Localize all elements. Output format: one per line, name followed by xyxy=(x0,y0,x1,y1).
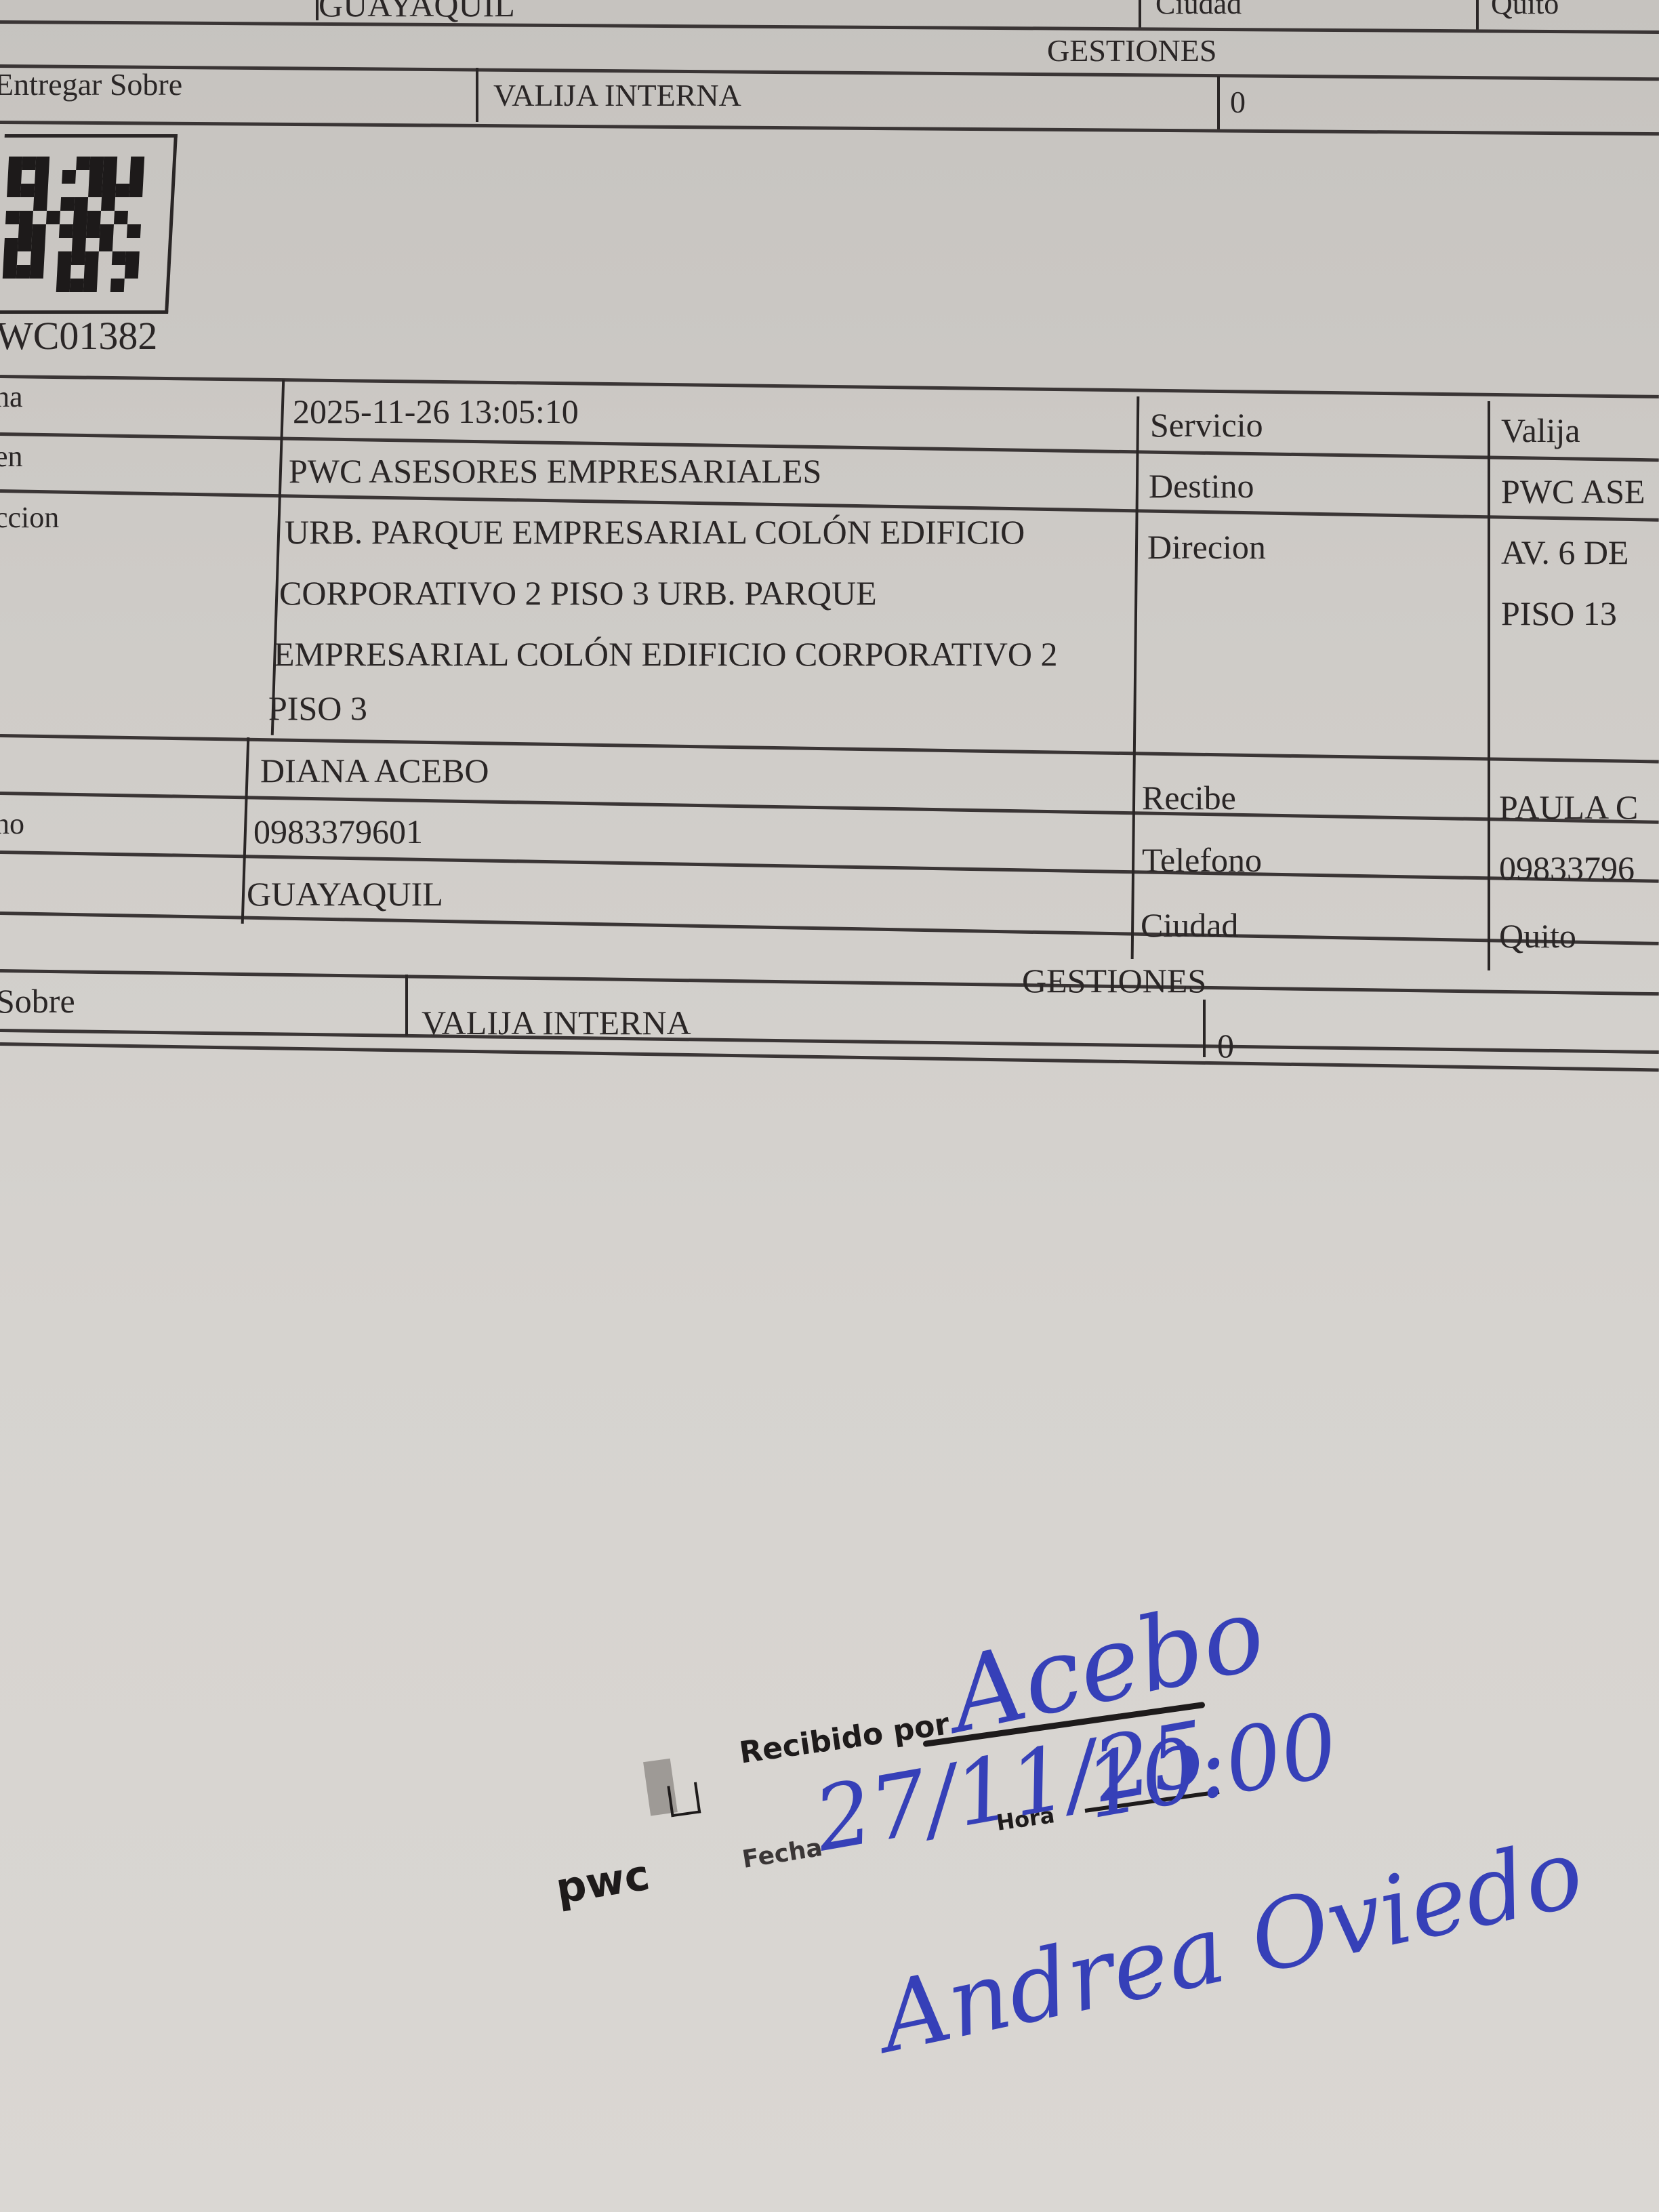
dest-telefono-value: 09833796 xyxy=(1499,848,1635,888)
top-gestion-type: VALIJA INTERNA xyxy=(493,77,741,113)
top-gestion-action: Entregar Sobre xyxy=(0,66,182,102)
origen-value: PWC ASESORES EMPRESARIALES xyxy=(289,451,821,491)
divider xyxy=(1139,0,1141,30)
label-telefono: no xyxy=(0,806,24,841)
label-direccion: ccion xyxy=(0,500,59,535)
direcion-line-1: AV. 6 DE xyxy=(1501,533,1629,572)
gestion-count: 0 xyxy=(1217,1026,1234,1065)
servicio-value: Valija xyxy=(1501,411,1580,450)
divider xyxy=(1131,396,1140,959)
table-line xyxy=(0,1029,1659,1054)
divider xyxy=(1203,1000,1206,1057)
direccion-line-4: PISO 3 xyxy=(268,689,367,728)
dest-ciudad-label: Ciudad xyxy=(1141,905,1238,945)
building-icon xyxy=(643,1756,699,1823)
table-line xyxy=(0,121,1659,136)
fecha-value: 2025-11-26 13:05:10 xyxy=(293,392,579,431)
divider xyxy=(405,975,408,1036)
date-label: Fecha xyxy=(741,1834,825,1874)
divider xyxy=(316,0,319,20)
label-origen: en xyxy=(0,439,23,474)
table-line xyxy=(0,64,1659,81)
table-line xyxy=(0,20,1659,34)
dest-telefono-label: Telefono xyxy=(1142,840,1262,880)
servicio-label: Servicio xyxy=(1150,405,1263,445)
gestion-action: Sobre xyxy=(0,981,75,1021)
table-line xyxy=(0,969,1659,996)
table-line xyxy=(0,432,1659,462)
label-fecha: ha xyxy=(0,380,23,414)
stamp-logo: pwc xyxy=(552,1850,653,1914)
top-ciudad-label: Ciudad xyxy=(1155,0,1242,21)
direccion-line-1: URB. PARQUE EMPRESARIAL COLÓN EDIFICIO xyxy=(285,512,1025,552)
table-line xyxy=(0,912,1659,945)
destino-label: Destino xyxy=(1149,466,1254,506)
top-gestiones-title: GESTIONES xyxy=(1047,33,1216,68)
delivery-guide-page: GUAYAQUIL Ciudad Quito GESTIONES Entrega… xyxy=(0,0,1659,2212)
top-city-value: GUAYAQUIL xyxy=(319,0,515,24)
direccion-line-3: EMPRESARIAL COLÓN EDIFICIO CORPORATIVO 2 xyxy=(274,634,1058,674)
direccion-line-2: CORPORATIVO 2 PISO 3 URB. PARQUE xyxy=(279,573,877,613)
divider xyxy=(1476,0,1479,33)
envia-value: DIANA ACEBO xyxy=(260,751,489,790)
table-line xyxy=(0,375,1659,398)
top-gestion-count: 0 xyxy=(1230,84,1246,120)
tracking-code: WC01382 xyxy=(0,313,157,359)
top-ciudad-value: Quito xyxy=(1491,0,1559,21)
recibe-value: PAULA C xyxy=(1499,787,1638,827)
recibe-label: Recibe xyxy=(1142,778,1236,817)
qr-code-icon xyxy=(2,157,144,292)
destino-value: PWC ASE xyxy=(1501,472,1645,511)
divider xyxy=(476,68,478,122)
table-line xyxy=(0,792,1659,824)
gestiones-title: GESTIONES xyxy=(1022,961,1206,1000)
dest-ciudad-value: Quito xyxy=(1499,916,1576,956)
direcion-line-2: PISO 13 xyxy=(1501,594,1617,633)
gestion-type: VALIJA INTERNA xyxy=(422,1003,691,1042)
divider xyxy=(1217,76,1220,130)
divider xyxy=(271,380,285,735)
divider xyxy=(1488,401,1490,970)
telefono-value: 0983379601 xyxy=(253,812,423,851)
direcion-label: Direcion xyxy=(1147,527,1266,567)
qr-code-box xyxy=(0,134,178,314)
handwritten-name: Andrea Oviedo xyxy=(871,1818,1593,2074)
ciudad-value: GUAYAQUIL xyxy=(247,874,443,914)
